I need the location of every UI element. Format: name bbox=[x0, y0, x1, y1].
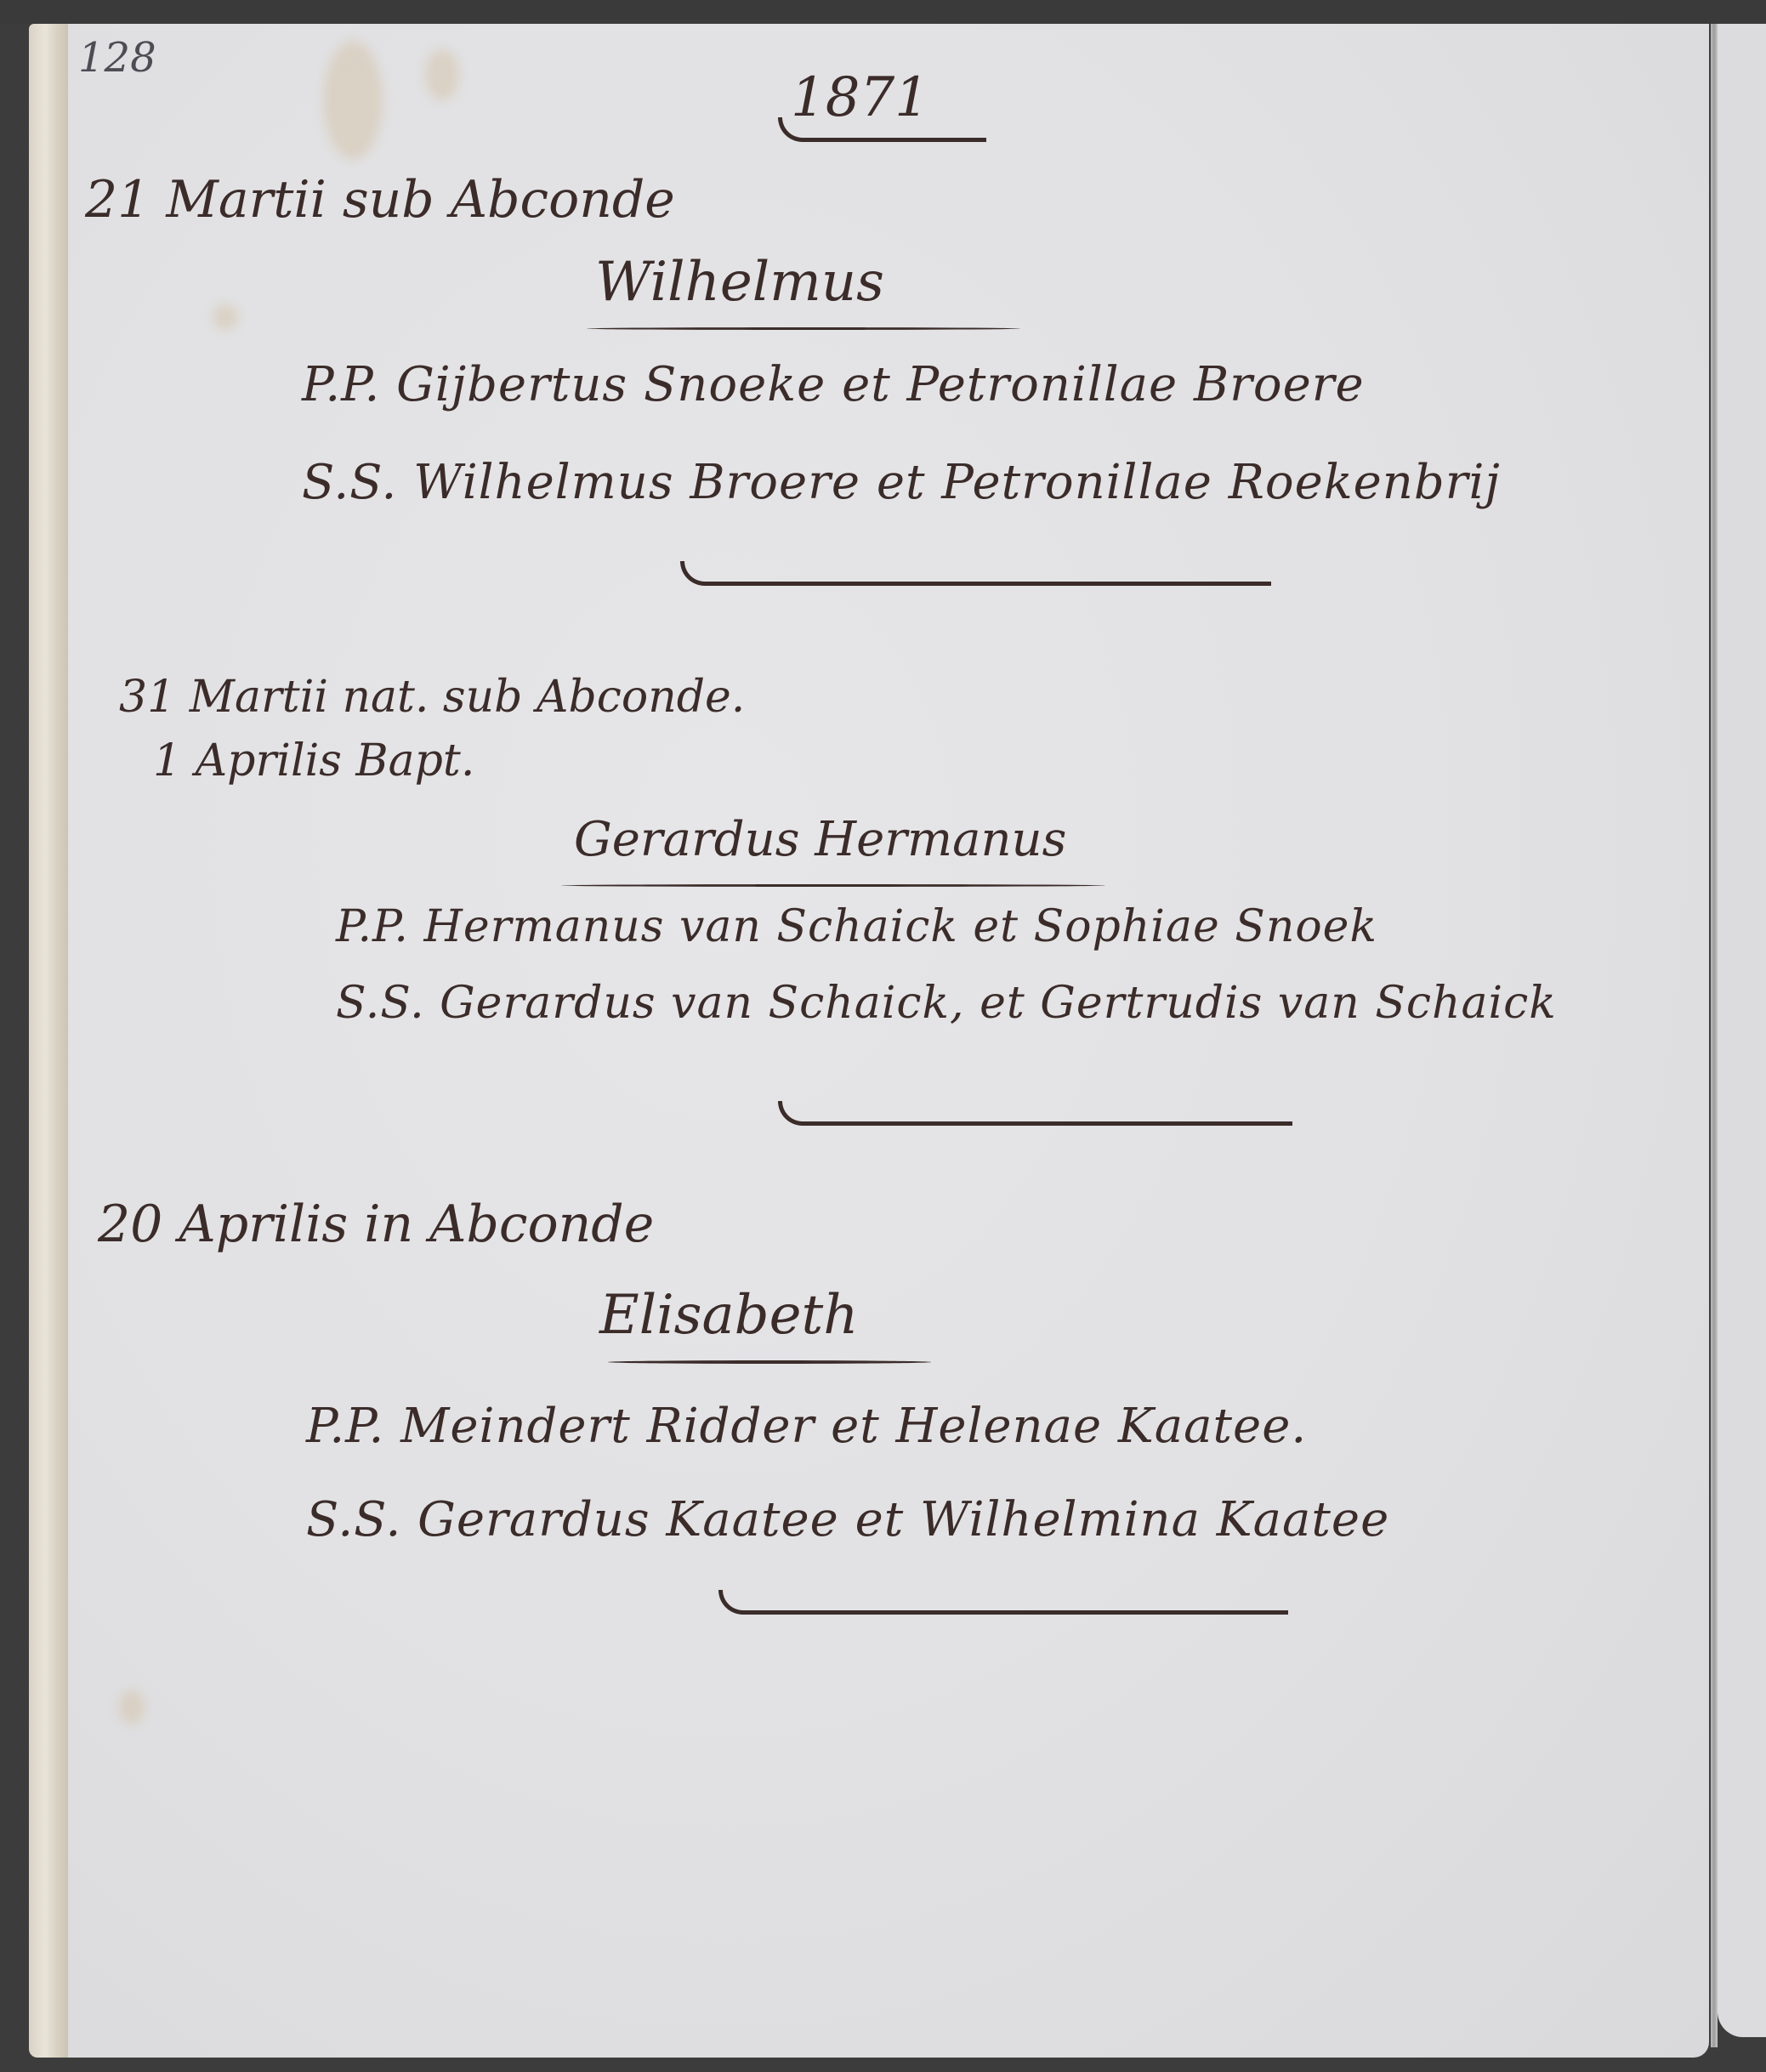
foxing-stain bbox=[213, 304, 238, 330]
name-underline bbox=[608, 1360, 931, 1364]
foxing-stain bbox=[323, 41, 383, 160]
facing-page-edge bbox=[1718, 24, 1766, 2037]
name-underline bbox=[561, 884, 1105, 887]
sponsors-line: S.S. Gerardus Kaatee et Wilhelmina Kaate… bbox=[306, 1492, 1389, 1547]
entry-separator bbox=[778, 1101, 1292, 1126]
page-stack-edge bbox=[29, 24, 70, 2058]
year-underline bbox=[778, 117, 986, 142]
entry-date: 20 Aprilis in Abconde bbox=[98, 1195, 654, 1254]
child-name: Wilhelmus bbox=[595, 251, 884, 314]
binding-gutter bbox=[1711, 24, 1718, 2047]
foxing-stain bbox=[425, 49, 459, 100]
entry-date: 21 Martii sub Abconde bbox=[85, 170, 675, 230]
entry-separator bbox=[718, 1590, 1288, 1615]
entry-separator bbox=[680, 561, 1271, 586]
sponsors-line: S.S. Wilhelmus Broere et Petronillae Roe… bbox=[302, 455, 1501, 510]
scan-background-top bbox=[0, 0, 1766, 24]
foxing-stain bbox=[119, 1690, 145, 1724]
name-underline bbox=[587, 327, 1020, 330]
parents-line: P.P. Hermanus van Schaick et Sophiae Sno… bbox=[336, 901, 1377, 952]
folio-number: 128 bbox=[78, 34, 156, 82]
entry-date-birth: 31 Martii nat. sub Abconde. bbox=[119, 672, 745, 723]
child-name: Elisabeth bbox=[599, 1284, 858, 1347]
child-name: Gerardus Hermanus bbox=[574, 812, 1066, 867]
entry-date-baptism: 1 Aprilis Bapt. bbox=[153, 735, 474, 786]
parents-line: P.P. Meindert Ridder et Helenae Kaatee. bbox=[306, 1399, 1307, 1454]
sponsors-line: S.S. Gerardus van Schaick, et Gertrudis … bbox=[336, 978, 1557, 1029]
parents-line: P.P. Gijbertus Snoeke et Petronillae Bro… bbox=[302, 357, 1365, 412]
